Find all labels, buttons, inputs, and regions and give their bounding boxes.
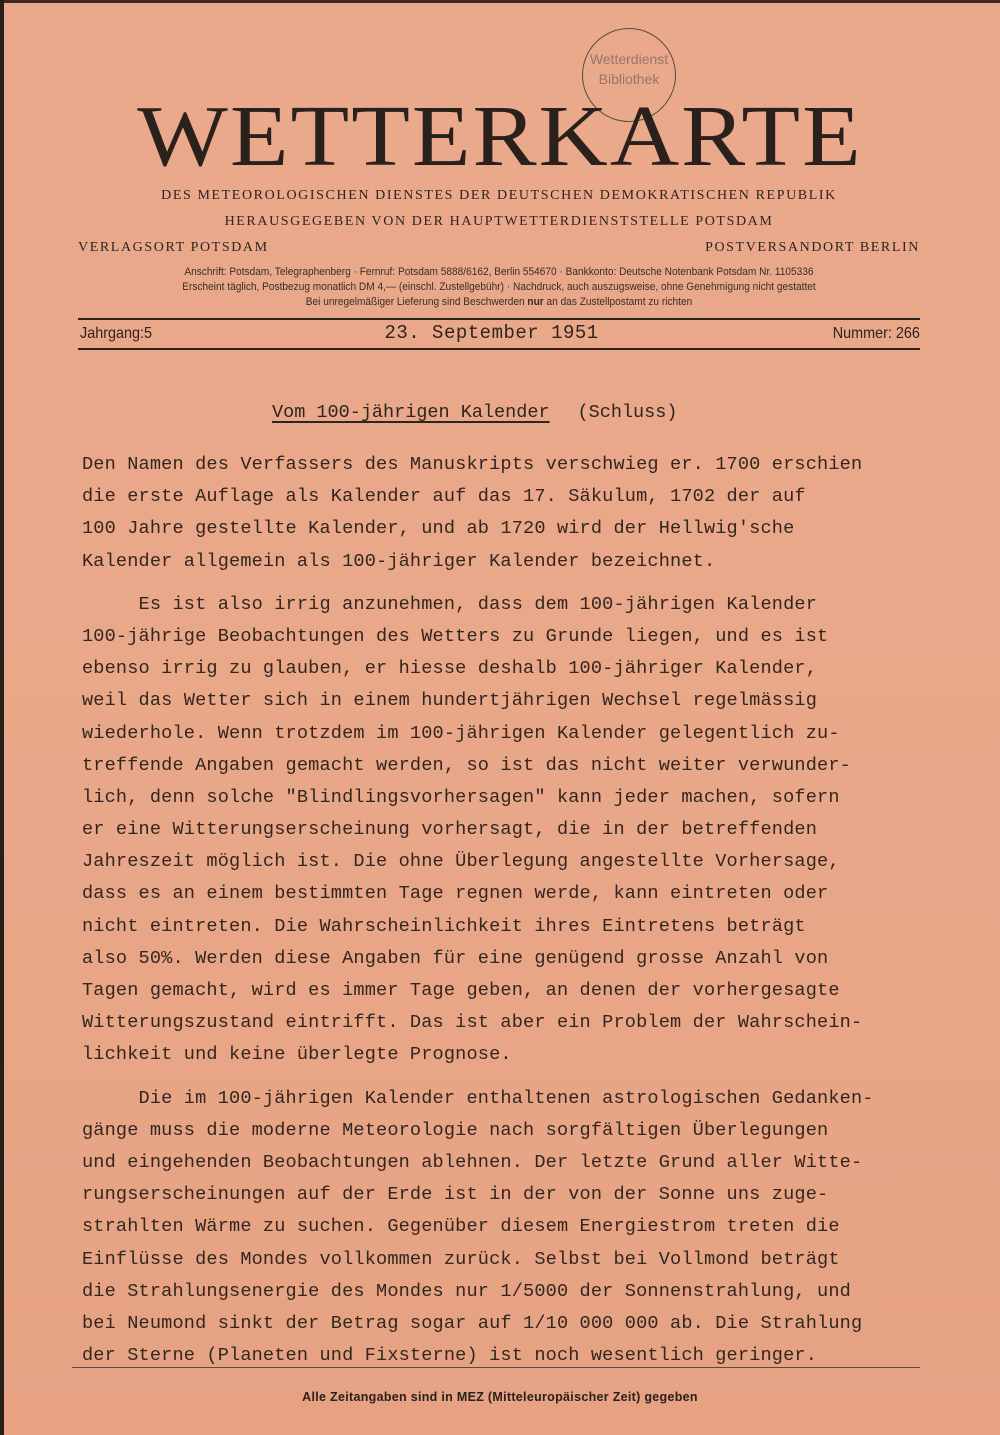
header-rule-top <box>78 318 920 320</box>
issue-info-row: Jahrgang:5 23. September 1951 Nummer: 26… <box>80 322 920 344</box>
article-line: strahlten Wärme zu suchen. Gegenüber die… <box>82 1211 972 1243</box>
article-line: treffende Angaben gemacht werden, so ist… <box>82 750 972 782</box>
article-end-rule <box>72 1367 920 1368</box>
article-line: Den Namen des Verfassers des Manuskripts… <box>82 449 972 481</box>
article-line: wiederhole. Wenn trotzdem im 100-jährige… <box>82 718 972 750</box>
article-line: und eingehenden Beobachtungen ablehnen. … <box>82 1147 972 1179</box>
article-line: weil das Wetter sich in einem hundertjäh… <box>82 685 972 717</box>
masthead-places: VERLAGSORT POTSDAM POSTVERSANDORT BERLIN <box>78 240 920 256</box>
article-line: nicht eintreten. Die Wahrscheinlichkeit … <box>82 911 972 943</box>
publishing-place: VERLAGSORT POTSDAM <box>78 240 269 256</box>
masthead-subtitle-2: HERAUSGEGEBEN VON DER HAUPTWETTERDIENSTS… <box>78 214 920 230</box>
info3-emphasis: nur <box>527 296 543 308</box>
issue-number: Nummer: 266 <box>833 325 920 343</box>
article-line: lich, denn solche "Blindlingsvorhersagen… <box>82 782 972 814</box>
number-value: 266 <box>896 325 920 342</box>
masthead-title: WETTERKARTE <box>0 93 1000 179</box>
article-line: 100 Jahre gestellte Kalender, und ab 172… <box>82 513 972 545</box>
volume-label: Jahrgang: <box>80 325 144 342</box>
masthead-subtitle-1: DES METEOROLOGISCHEN DIENSTES DER DEUTSC… <box>78 188 920 204</box>
article-suffix: (Schluss) <box>578 402 678 423</box>
article-line: Jahreszeit möglich ist. Die ohne Überleg… <box>82 846 972 878</box>
stamp-line-2: Bibliothek <box>583 71 675 87</box>
article-line: Es ist also irrig anzunehmen, dass dem 1… <box>82 589 972 621</box>
stamp-line-1: Wetterdienst <box>583 51 675 67</box>
info3-text: Bei unregelmäßiger Lieferung sind Beschw… <box>306 296 528 308</box>
volume-value: 5 <box>144 325 152 342</box>
article-line: Witterungszustand eintrifft. Das ist abe… <box>82 1007 972 1039</box>
volume: Jahrgang:5 <box>80 325 152 343</box>
publisher-info-line-3: Bei unregelmäßiger Lieferung sind Beschw… <box>112 296 887 308</box>
article-line: lichkeit und keine überlegte Prognose. <box>82 1039 972 1071</box>
article-heading: Vom 100-jährigen Kalender(Schluss) <box>272 402 677 423</box>
article-line: Die im 100-jährigen Kalender enthaltenen… <box>82 1083 972 1115</box>
issue-date: 23. September 1951 <box>384 322 598 344</box>
article-line: ebenso irrig zu glauben, er hiesse desha… <box>82 653 972 685</box>
publisher-info-line-2: Erscheint täglich, Postbezug monatlich D… <box>112 281 887 293</box>
article-line: die erste Auflage als Kalender auf das 1… <box>82 481 972 513</box>
article-line: also 50%. Werden diese Angaben für eine … <box>82 943 972 975</box>
article-body: Den Namen des Verfassers des Manuskripts… <box>82 449 972 1372</box>
paragraph-gap <box>82 578 972 589</box>
info3-text-end: an das Zustellpostamt zu richten <box>544 296 693 308</box>
header-rule-bottom <box>78 348 920 350</box>
article-line: gänge muss die moderne Meteorologie nach… <box>82 1115 972 1147</box>
article-line: bei Neumond sinkt der Betrag sogar auf 1… <box>82 1308 972 1340</box>
article-title: Vom 100-jährigen Kalender <box>272 402 550 423</box>
article-line: er eine Witterungserscheinung vorhersagt… <box>82 814 972 846</box>
publisher-info-line-1: Anschrift: Potsdam, Telegraphenberg · Fe… <box>112 266 887 278</box>
article-line: 100-jährige Beobachtungen des Wetters zu… <box>82 621 972 653</box>
number-label: Nummer: <box>833 325 892 342</box>
article-line: Einflüsse des Mondes vollkommen zurück. … <box>82 1244 972 1276</box>
mailing-place: POSTVERSANDORT BERLIN <box>705 240 920 256</box>
article-line: Kalender allgemein als 100-jähriger Kale… <box>82 546 972 578</box>
article-line: die Strahlungsenergie des Mondes nur 1/5… <box>82 1276 972 1308</box>
article-line: Tagen gemacht, wird es immer Tage geben,… <box>82 975 972 1007</box>
footer-note: Alle Zeitangaben sind in MEZ (Mitteleuro… <box>0 1390 1000 1404</box>
paragraph-gap <box>82 1072 972 1083</box>
article-line: rungserscheinungen auf der Erde ist in d… <box>82 1179 972 1211</box>
article-line: dass es an einem bestimmten Tage regnen … <box>82 878 972 910</box>
